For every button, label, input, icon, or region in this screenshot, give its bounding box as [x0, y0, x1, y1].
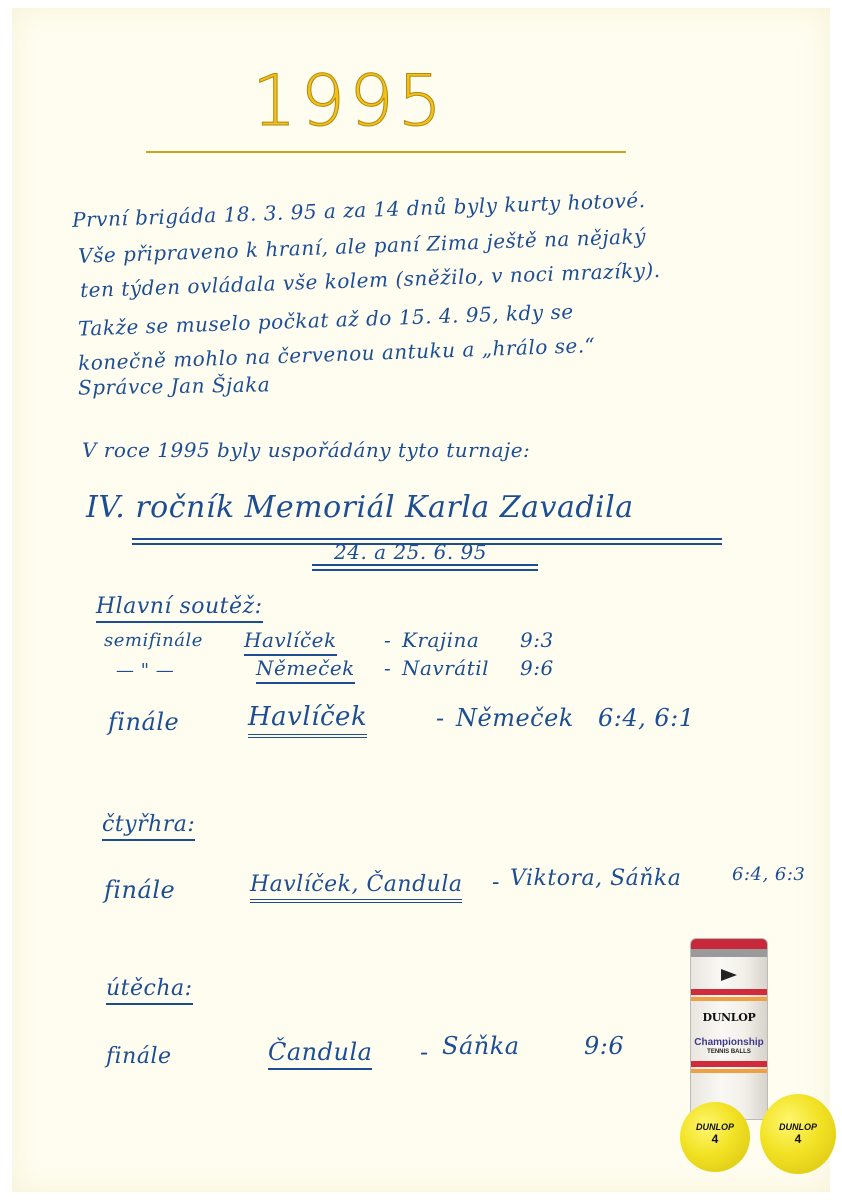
dunlop-logo-icon	[721, 969, 737, 981]
tennis-balls-image: DUNLOP Championship TENNIS BALLS DUNLOP …	[676, 934, 842, 1184]
match-loser: Viktora, Sáňka	[510, 866, 681, 891]
match-score: 6:4, 6:3	[732, 864, 805, 885]
tournaments-intro: V roce 1995 byly uspořádány tyto turnaje…	[82, 434, 530, 467]
match-round: finále	[106, 1044, 172, 1069]
match-loser: Němeček	[456, 704, 574, 732]
match-score: 9:6	[520, 656, 554, 680]
tennis-ball: DUNLOP 4	[760, 1094, 836, 1174]
handwritten-page: 1995 První brigáda 18. 3. 95 a za 14 dnů…	[12, 8, 830, 1192]
match-score: 9:6	[584, 1032, 624, 1060]
match-winner: Havlíček, Čandula	[250, 872, 462, 903]
match-loser: Sáňka	[442, 1032, 520, 1060]
dates-underline-2	[312, 569, 538, 571]
tennis-ball: DUNLOP 4	[680, 1102, 750, 1172]
match-loser: Navrátil	[402, 656, 489, 680]
match-winner: Havlíček	[248, 702, 367, 738]
match-round: finále	[104, 876, 175, 904]
match-round: finále	[108, 708, 179, 736]
section-heading-doubles: čtyřhra:	[102, 812, 195, 841]
can-brand: DUNLOP	[691, 1011, 767, 1024]
can-label: Championship	[691, 1037, 767, 1048]
section-heading-consolation: útěcha:	[106, 976, 193, 1005]
match-round: semifinále	[104, 630, 203, 651]
match-score: 6:4, 6:1	[598, 704, 695, 732]
match-separator: -	[420, 1038, 429, 1066]
match-separator: -	[384, 656, 391, 680]
match-score: 9:3	[520, 628, 554, 652]
can-sublabel: TENNIS BALLS	[691, 1049, 767, 1055]
tournament-dates: 24. a 25. 6. 95	[334, 540, 487, 564]
tournament-title: IV. ročník Memoriál Karla Zavadila	[86, 490, 634, 525]
match-separator: -	[492, 870, 500, 895]
match-separator: -	[436, 704, 445, 732]
match-winner: Havlíček	[244, 628, 337, 656]
page-title-year: 1995	[252, 60, 446, 142]
match-loser: Krajina	[402, 628, 479, 652]
signature-line: Správce Jan Šjaka	[78, 368, 271, 404]
match-winner: Čandula	[268, 1038, 372, 1070]
section-heading-main: Hlavní soutěž:	[96, 594, 263, 623]
match-round: — " —	[116, 660, 174, 681]
match-separator: -	[384, 628, 391, 652]
dates-underline	[312, 564, 538, 566]
match-winner: Němeček	[256, 656, 355, 684]
title-underline	[146, 151, 626, 153]
tennis-ball-can: DUNLOP Championship TENNIS BALLS	[690, 938, 768, 1120]
